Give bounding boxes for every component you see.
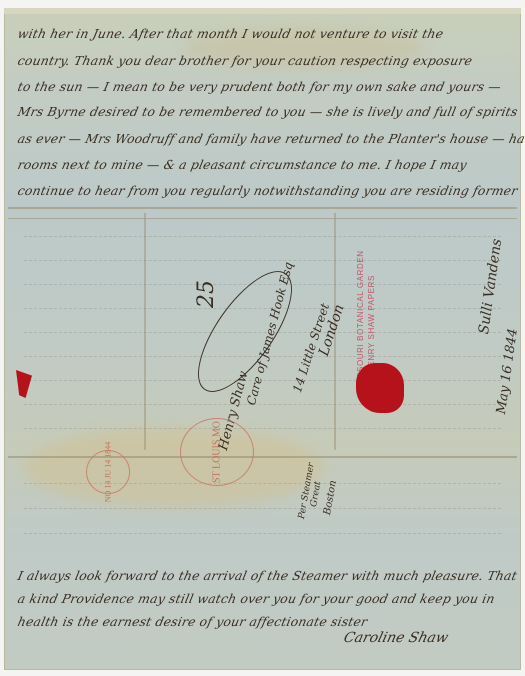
wax-seal bbox=[356, 363, 404, 413]
body-line: as ever — Mrs Woodruff and family have r… bbox=[16, 131, 525, 146]
fold-line bbox=[8, 207, 517, 209]
dateline-place: Sulli Vandens bbox=[476, 238, 505, 335]
body-line: a kind Providence may still watch over y… bbox=[16, 591, 496, 606]
body-line: continue to hear from you regularly notw… bbox=[16, 183, 519, 198]
body-line: with her in June. After that month I wou… bbox=[16, 26, 445, 41]
body-line: Mrs Byrne desired to be remembered to yo… bbox=[16, 104, 519, 119]
body-line: rooms next to mine — & a pleasant circum… bbox=[16, 157, 468, 172]
letter-sheet: with her in June. After that month I wou… bbox=[4, 8, 521, 670]
body-line: health is the earnest desire of your aff… bbox=[16, 614, 369, 629]
signature: Caroline Shaw bbox=[342, 630, 450, 646]
postmark: NO 14 JU 14 1844 bbox=[86, 450, 130, 494]
fold-line bbox=[8, 218, 517, 219]
postmark: ST LOUIS MO bbox=[180, 418, 254, 486]
water-stain bbox=[24, 428, 324, 508]
fold-line bbox=[8, 456, 517, 458]
dateline-date: May 16 1844 bbox=[494, 328, 521, 416]
wax-seal-fragment bbox=[16, 370, 32, 398]
body-line: to the sun — I mean to be very prudent b… bbox=[16, 79, 502, 94]
rate-mark: 25 bbox=[194, 280, 219, 308]
archive-stamp: HENRY SHAW PAPERS bbox=[367, 275, 376, 373]
body-line: country. Thank you dear brother for your… bbox=[16, 53, 473, 68]
fold-line bbox=[144, 213, 146, 450]
routing-note: Boston bbox=[322, 480, 339, 516]
body-line: I always look forward to the arrival of … bbox=[16, 568, 518, 583]
